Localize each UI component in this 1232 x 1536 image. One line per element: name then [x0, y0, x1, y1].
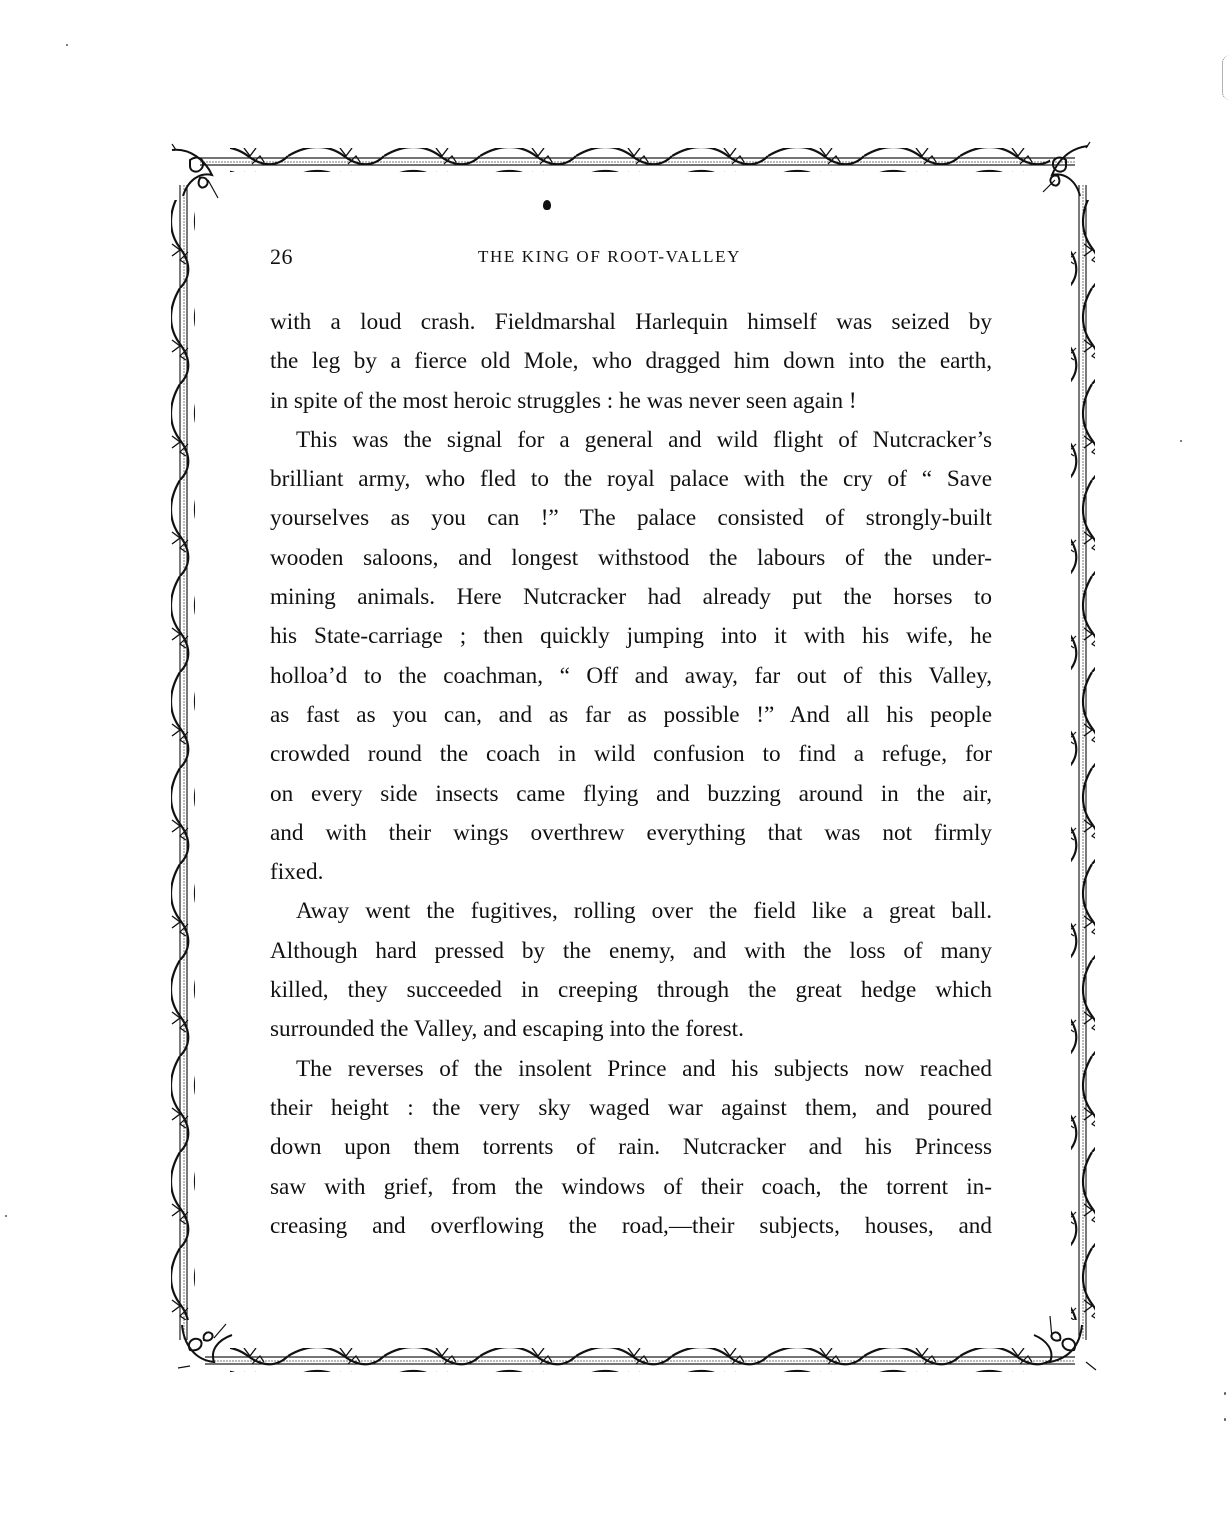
scan-speck [1180, 440, 1182, 442]
text-line: fixed. [270, 853, 992, 892]
text-line: yourselves as you can !” The palace cons… [270, 499, 992, 538]
text-line: This was the signal for a general and wi… [270, 421, 992, 460]
running-title: THE KING OF ROOT-VALLEY [478, 247, 741, 267]
paragraph: with a loud crash. Fieldmarshal Harlequi… [270, 303, 992, 421]
text-line: creasing and overflowing the road,—their… [270, 1207, 992, 1246]
running-head: 26 THE KING OF ROOT-VALLEY [270, 244, 995, 274]
text-line: down upon them torrents of rain. Nutcrac… [270, 1128, 992, 1167]
text-line: with a loud crash. Fieldmarshal Harlequi… [270, 303, 992, 342]
page-edge-curl [1222, 55, 1232, 100]
corner-top-right [1043, 142, 1090, 196]
paragraph: The reverses of the insolent Prince and … [270, 1050, 992, 1246]
text-line: Although hard pressed by the enemy, and … [270, 932, 992, 971]
scan-speck [1224, 1418, 1226, 1421]
text-line: surrounded the Valley, and escaping into… [270, 1010, 992, 1049]
text-line: wooden saloons, and longest withstood th… [270, 539, 992, 578]
body-text: with a loud crash. Fieldmarshal Harlequi… [270, 303, 992, 1246]
paragraph: This was the signal for a general and wi… [270, 421, 992, 893]
text-line: brilliant army, who fled to the royal pa… [270, 460, 992, 499]
text-line: saw with grief, from the windows of thei… [270, 1168, 992, 1207]
text-line: The reverses of the insolent Prince and … [270, 1050, 992, 1089]
text-line: Away went the fugitives, rolling over th… [270, 892, 992, 931]
text-line: their height : the very sky waged war ag… [270, 1089, 992, 1128]
text-line: holloa’d to the coachman, “ Off and away… [270, 657, 992, 696]
page-number: 26 [270, 244, 293, 270]
text-line: on every side insects came flying and bu… [270, 775, 992, 814]
text-line: his State-carriage ; then quickly jumpin… [270, 617, 992, 656]
corner-top-left [172, 144, 218, 198]
text-line: in spite of the most heroic struggles : … [270, 382, 992, 421]
text-line: the leg by a fierce old Mole, who dragge… [270, 342, 992, 381]
text-line: killed, they succeeded in creeping throu… [270, 971, 992, 1010]
scan-speck [1224, 1392, 1226, 1395]
book-page: 26 THE KING OF ROOT-VALLEY with a loud c… [0, 0, 1232, 1536]
right-rail [1071, 185, 1095, 1340]
scan-speck [5, 1215, 7, 1217]
top-rail [200, 148, 1075, 172]
paragraph: Away went the fugitives, rolling over th… [270, 892, 992, 1049]
bottom-rail [205, 1348, 1075, 1372]
text-line: crowded round the coach in wild confusio… [270, 735, 992, 774]
text-line: as fast as you can, and as far as possib… [270, 696, 992, 735]
text-line: and with their wings overthrew everythin… [270, 814, 992, 853]
text-line: mining animals. Here Nutcracker had alre… [270, 578, 992, 617]
printer-mark-icon [543, 200, 551, 210]
left-rail [171, 185, 195, 1340]
scan-speck [66, 44, 68, 46]
